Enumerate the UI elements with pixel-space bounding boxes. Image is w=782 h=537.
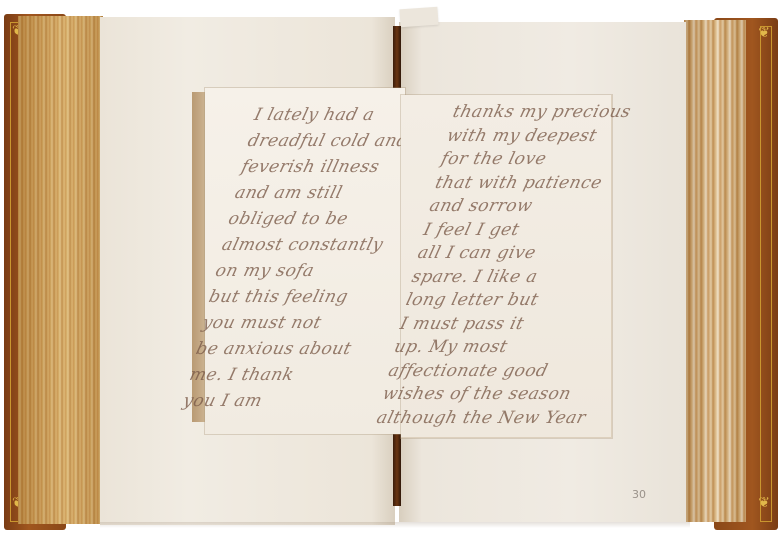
handwriting-line: be anxious about [193,336,375,362]
left-gilt-page-edges [18,16,103,524]
letter-sheet-left: I lately had a dreadful cold and feveris… [205,88,405,434]
handwriting-line: but this feeling [206,284,388,310]
handwriting-line: spare. I like a [409,266,601,290]
right-gilt-page-edges [684,20,746,522]
handwriting-line: I feel I get [421,219,613,243]
handwriting-line: me. I thank [187,362,369,388]
page-tab [399,7,438,28]
handwriting-line: obliged to be [225,206,407,232]
letter-sheet-right: thanks my precious with my deepest for t… [401,95,612,438]
book-bottom-shadow [100,522,690,528]
handwriting-line: feverish illness [238,154,420,180]
gilt-ornament-icon: ❦ [758,26,770,40]
handwriting-line: you must not [200,310,382,336]
handwriting-line: that with patience [433,172,625,196]
handwriting-line: almost constantly [219,232,401,258]
handwriting-line: affectionate good [386,360,578,384]
handwriting-line: wishes of the season [380,383,572,407]
handwriting-line: long letter but [403,289,595,313]
gilt-ornament-icon: ❦ [758,496,770,510]
handwriting-line: and am still [232,180,414,206]
handwriting-line: with my deepest [444,125,636,149]
handwriting-line: I must pass it [397,313,589,337]
handwriting-right: thanks my precious with my deepest for t… [374,101,642,430]
handwriting-line: although the New Year [374,407,566,431]
handwriting-line: for the love [438,148,630,172]
gilt-border [760,26,772,522]
handwriting-line: you I am [180,388,362,414]
handwriting-line: thanks my precious [450,101,642,125]
handwriting-line: up. My most [392,336,584,360]
page-number: 30 [632,488,646,501]
handwriting-line: all I can give [415,242,607,266]
handwriting-line: on my sofa [213,258,395,284]
handwriting-line: and sorrow [427,195,619,219]
